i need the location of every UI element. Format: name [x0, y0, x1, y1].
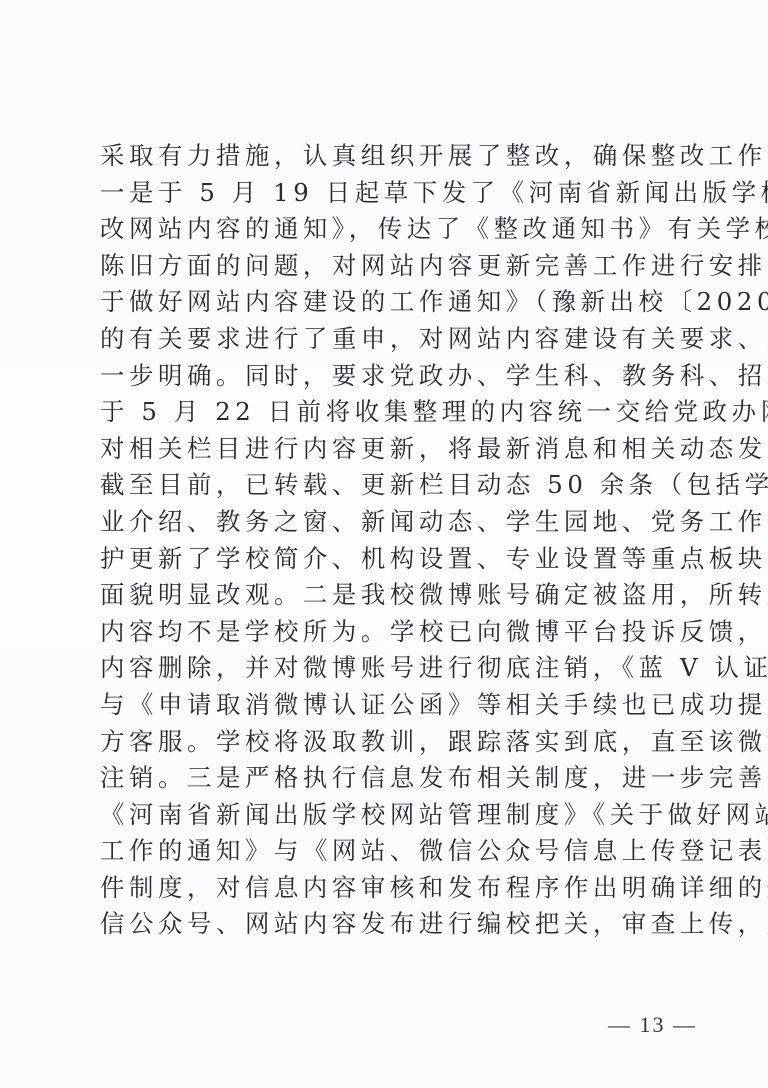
text-line: 《河南省新闻出版学校网站管理制度》《关于做好网站内容建设	[100, 797, 672, 834]
text-line: 一是于 5 月 19 日起草下发了《河南省新闻出版学校关于限期整	[100, 175, 672, 212]
text-line: 件制度，对信息内容审核和发布程序作出明确详细的规定，对微	[100, 870, 672, 907]
text-line: 信公众号、网站内容发布进行编校把关，审查上传，凡是学校审	[100, 906, 672, 943]
text-line: 采取有力措施，认真组织开展了整改，确保整改工作落实到位。	[100, 138, 672, 175]
text-line: 的有关要求进行了重申，对网站内容建设有关要求、工作责任进	[100, 321, 672, 358]
text-line: 护更新了学校简介、机构设置、专业设置等重点板块，学校网站	[100, 541, 672, 578]
text-line: 注销。三是严格执行信息发布相关制度，进一步完善正在实行的	[100, 760, 672, 797]
body-text: 采取有力措施，认真组织开展了整改，确保整改工作落实到位。 一是于 5 月 19 …	[100, 138, 672, 943]
text-line: 内容均不是学校所为。学校已向微博平台投诉反馈，将不良微博	[100, 614, 672, 651]
text-line: 方客服。学校将汲取教训，跟踪落实到底，直至该微博账号完成	[100, 724, 672, 761]
text-line: 改网站内容的通知》，传达了《整改通知书》有关学校网站内容	[100, 211, 672, 248]
text-line: 一步明确。同时，要求党政办、学生科、教务科、招就办等部门	[100, 358, 672, 395]
document-page: 采取有力措施，认真组织开展了整改，确保整改工作落实到位。 一是于 5 月 19 …	[0, 0, 768, 1088]
text-line: 陈旧方面的问题，对网站内容更新完善工作进行安排部署，对《关	[100, 248, 672, 285]
text-line: 业介绍、教务之窗、新闻动态、学生园地、党务工作等），并维	[100, 504, 672, 541]
text-line: 于 5 月 22 日前将收集整理的内容统一交给党政办网站管理员，	[100, 394, 672, 431]
text-line: 工作的通知》与《网站、微信公众号信息上传登记表》等系列文	[100, 833, 672, 870]
text-line: 面貌明显改观。二是我校微博账号确定被盗用，所转发宗教信仰	[100, 577, 672, 614]
text-line: 于做好网站内容建设的工作通知》（豫新出校〔2020〕37 号）	[100, 284, 672, 321]
text-line: 与《申请取消微博认证公函》等相关手续也已成功提交至微博官	[100, 687, 672, 724]
text-line: 截至目前，已转载、更新栏目动态 50 余条（包括学校概况、专	[100, 467, 672, 504]
page-number: — 13 —	[608, 1012, 697, 1038]
text-line: 内容删除，并对微博账号进行彻底注销，《蓝 V 认证注销公函》	[100, 650, 672, 687]
text-line: 对相关栏目进行内容更新，将最新消息和相关动态发到对应栏目。	[100, 431, 672, 468]
